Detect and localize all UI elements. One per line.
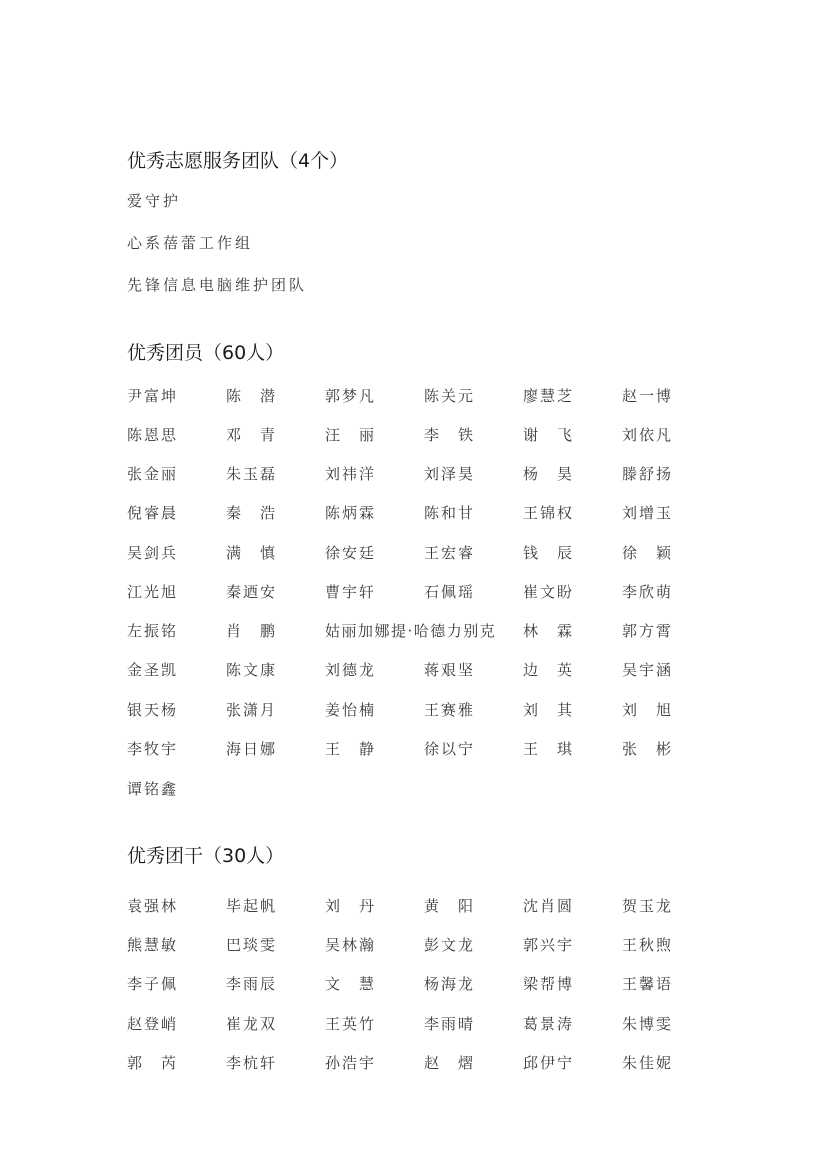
name-cell: 文 慧: [325, 973, 376, 994]
name-row: 张金丽 朱玉磊 刘祎洋 刘泽昊 杨 昊 滕舒扬: [127, 463, 727, 485]
name-cell: 廖慧芝: [523, 385, 574, 406]
name-cell: 陈和甘: [424, 502, 475, 523]
name-cell: 崔文盼: [523, 581, 574, 602]
name-cell: 石佩瑶: [424, 581, 475, 602]
name-cell-long: 姑丽加娜提·哈德力别克: [325, 620, 496, 641]
name-cell: 朱佳妮: [622, 1052, 673, 1073]
name-cell: 梁帮博: [523, 973, 574, 994]
name-cell: 钱 辰: [523, 542, 574, 563]
name-cell: 刘泽昊: [424, 463, 475, 484]
name-cell: 滕舒扬: [622, 463, 673, 484]
name-cell: 张金丽: [127, 463, 178, 484]
name-cell: 金圣凯: [127, 659, 178, 680]
name-cell: 李雨晴: [424, 1013, 475, 1034]
name-row: 尹富坤 陈 潜 郭梦凡 陈关元 廖慧芝 赵一博: [127, 385, 727, 407]
name-cell: 郭梦凡: [325, 385, 376, 406]
name-cell: 王 静: [325, 738, 376, 759]
name-cell: 李牧宇: [127, 738, 178, 759]
team-item: 先锋信息电脑维护团队: [127, 274, 307, 295]
name-cell: 刘增玉: [622, 502, 673, 523]
name-cell: 郭兴宇: [523, 934, 574, 955]
name-cell: 江光旭: [127, 581, 178, 602]
name-cell: 王英竹: [325, 1013, 376, 1034]
team-item: 爱守护: [127, 190, 181, 211]
name-cell: 王馨语: [622, 973, 673, 994]
name-row: 吴剑兵 满 慎 徐安廷 王宏睿 钱 辰 徐 颖: [127, 542, 727, 564]
name-cell: 葛景涛: [523, 1013, 574, 1034]
name-cell: 李 铁: [424, 424, 475, 445]
name-cell: 李子佩: [127, 973, 178, 994]
name-cell: 肖 鹏: [226, 620, 277, 641]
name-cell: 满 慎: [226, 542, 277, 563]
name-cell: 左振铭: [127, 620, 178, 641]
name-row: 谭铭鑫: [127, 778, 727, 800]
name-cell: 刘德龙: [325, 659, 376, 680]
name-row: 金圣凯 陈文康 刘德龙 蒋艰坚 边 英 吴宇涵: [127, 659, 727, 681]
name-cell: 刘 其: [523, 699, 574, 720]
name-row: 袁强林 毕起帆 刘 丹 黄 阳 沈肖圆 贺玉龙: [127, 895, 727, 917]
name-cell: 赵一博: [622, 385, 673, 406]
name-cell: 秦 浩: [226, 502, 277, 523]
name-cell: 吴宇涵: [622, 659, 673, 680]
name-cell: 李欣萌: [622, 581, 673, 602]
name-cell: 赵登峭: [127, 1013, 178, 1034]
name-cell: 刘依凡: [622, 424, 673, 445]
name-cell: 郭方霄: [622, 620, 673, 641]
name-row: 熊慧敏 巴琰雯 吴林瀚 彭文龙 郭兴宇 王秋煦: [127, 934, 727, 956]
name-cell: 刘祎洋: [325, 463, 376, 484]
name-cell: 郭 芮: [127, 1052, 178, 1073]
name-cell: 汪 丽: [325, 424, 376, 445]
name-row: 银天杨 张潇月 姜怡楠 王赛雅 刘 其 刘 旭: [127, 699, 727, 721]
name-cell: 曹宇轩: [325, 581, 376, 602]
name-cell: 毕起帆: [226, 895, 277, 916]
name-cell: 张潇月: [226, 699, 277, 720]
name-cell: 朱玉磊: [226, 463, 277, 484]
name-cell: 黄 阳: [424, 895, 475, 916]
name-cell: 巴琰雯: [226, 934, 277, 955]
name-cell: 崔龙双: [226, 1013, 277, 1034]
name-cell: 陈文康: [226, 659, 277, 680]
name-cell: 银天杨: [127, 699, 178, 720]
name-cell: 姜怡楠: [325, 699, 376, 720]
name-cell: 边 英: [523, 659, 574, 680]
name-row: 李子佩 李雨辰 文 慧 杨海龙 梁帮博 王馨语: [127, 973, 727, 995]
name-cell: 贺玉龙: [622, 895, 673, 916]
name-cell: 吴林瀚: [325, 934, 376, 955]
name-row: 倪睿晨 秦 浩 陈炳霖 陈和甘 王锦权 刘增玉: [127, 502, 727, 524]
name-cell: 徐以宁: [424, 738, 475, 759]
section-title-volunteer-teams: 优秀志愿服务团队（4个）: [127, 146, 348, 173]
name-cell: 秦迺安: [226, 581, 277, 602]
name-cell: 赵 熠: [424, 1052, 475, 1073]
name-cell: 邓 青: [226, 424, 277, 445]
name-cell: 刘 旭: [622, 699, 673, 720]
name-cell: 刘 丹: [325, 895, 376, 916]
name-cell: 孙浩宇: [325, 1052, 376, 1073]
name-cell: 李雨辰: [226, 973, 277, 994]
name-cell: 谢 飞: [523, 424, 574, 445]
name-row: 左振铭 肖 鹏 姑丽加娜提·哈德力别克 林 霖 郭方霄: [127, 620, 727, 642]
name-cell: 陈关元: [424, 385, 475, 406]
name-cell: 邱伊宁: [523, 1052, 574, 1073]
name-cell: 林 霖: [523, 620, 574, 641]
name-row: 郭 芮 李杭轩 孙浩宇 赵 熠 邱伊宁 朱佳妮: [127, 1052, 727, 1074]
name-cell: 王 琪: [523, 738, 574, 759]
name-cell: 海日娜: [226, 738, 277, 759]
name-cell: 杨 昊: [523, 463, 574, 484]
name-row: 陈恩思 邓 青 汪 丽 李 铁 谢 飞 刘依凡: [127, 424, 727, 446]
name-cell: 李杭轩: [226, 1052, 277, 1073]
name-cell: 朱博雯: [622, 1013, 673, 1034]
name-cell: 谭铭鑫: [127, 778, 178, 799]
name-cell: 徐 颖: [622, 542, 673, 563]
name-cell: 蒋艰坚: [424, 659, 475, 680]
name-cell: 杨海龙: [424, 973, 475, 994]
name-cell: 陈炳霖: [325, 502, 376, 523]
name-cell: 袁强林: [127, 895, 178, 916]
name-cell: 熊慧敏: [127, 934, 178, 955]
name-row: 江光旭 秦迺安 曹宇轩 石佩瑶 崔文盼 李欣萌: [127, 581, 727, 603]
name-cell: 张 彬: [622, 738, 673, 759]
name-cell: 沈肖圆: [523, 895, 574, 916]
section-title-members: 优秀团员（60人）: [127, 338, 284, 365]
name-row: 赵登峭 崔龙双 王英竹 李雨晴 葛景涛 朱博雯: [127, 1013, 727, 1035]
name-cell: 吴剑兵: [127, 542, 178, 563]
name-cell: 尹富坤: [127, 385, 178, 406]
name-cell: 王宏睿: [424, 542, 475, 563]
team-item: 心系蓓蕾工作组: [127, 232, 253, 253]
name-cell: 王秋煦: [622, 934, 673, 955]
name-cell: 彭文龙: [424, 934, 475, 955]
name-cell: 倪睿晨: [127, 502, 178, 523]
section-title-cadres: 优秀团干（30人）: [127, 841, 284, 868]
name-cell: 王赛雅: [424, 699, 475, 720]
name-cell: 陈 潜: [226, 385, 277, 406]
name-cell: 徐安廷: [325, 542, 376, 563]
name-cell: 王锦权: [523, 502, 574, 523]
name-cell: 陈恩思: [127, 424, 178, 445]
name-row: 李牧宇 海日娜 王 静 徐以宁 王 琪 张 彬: [127, 738, 727, 760]
